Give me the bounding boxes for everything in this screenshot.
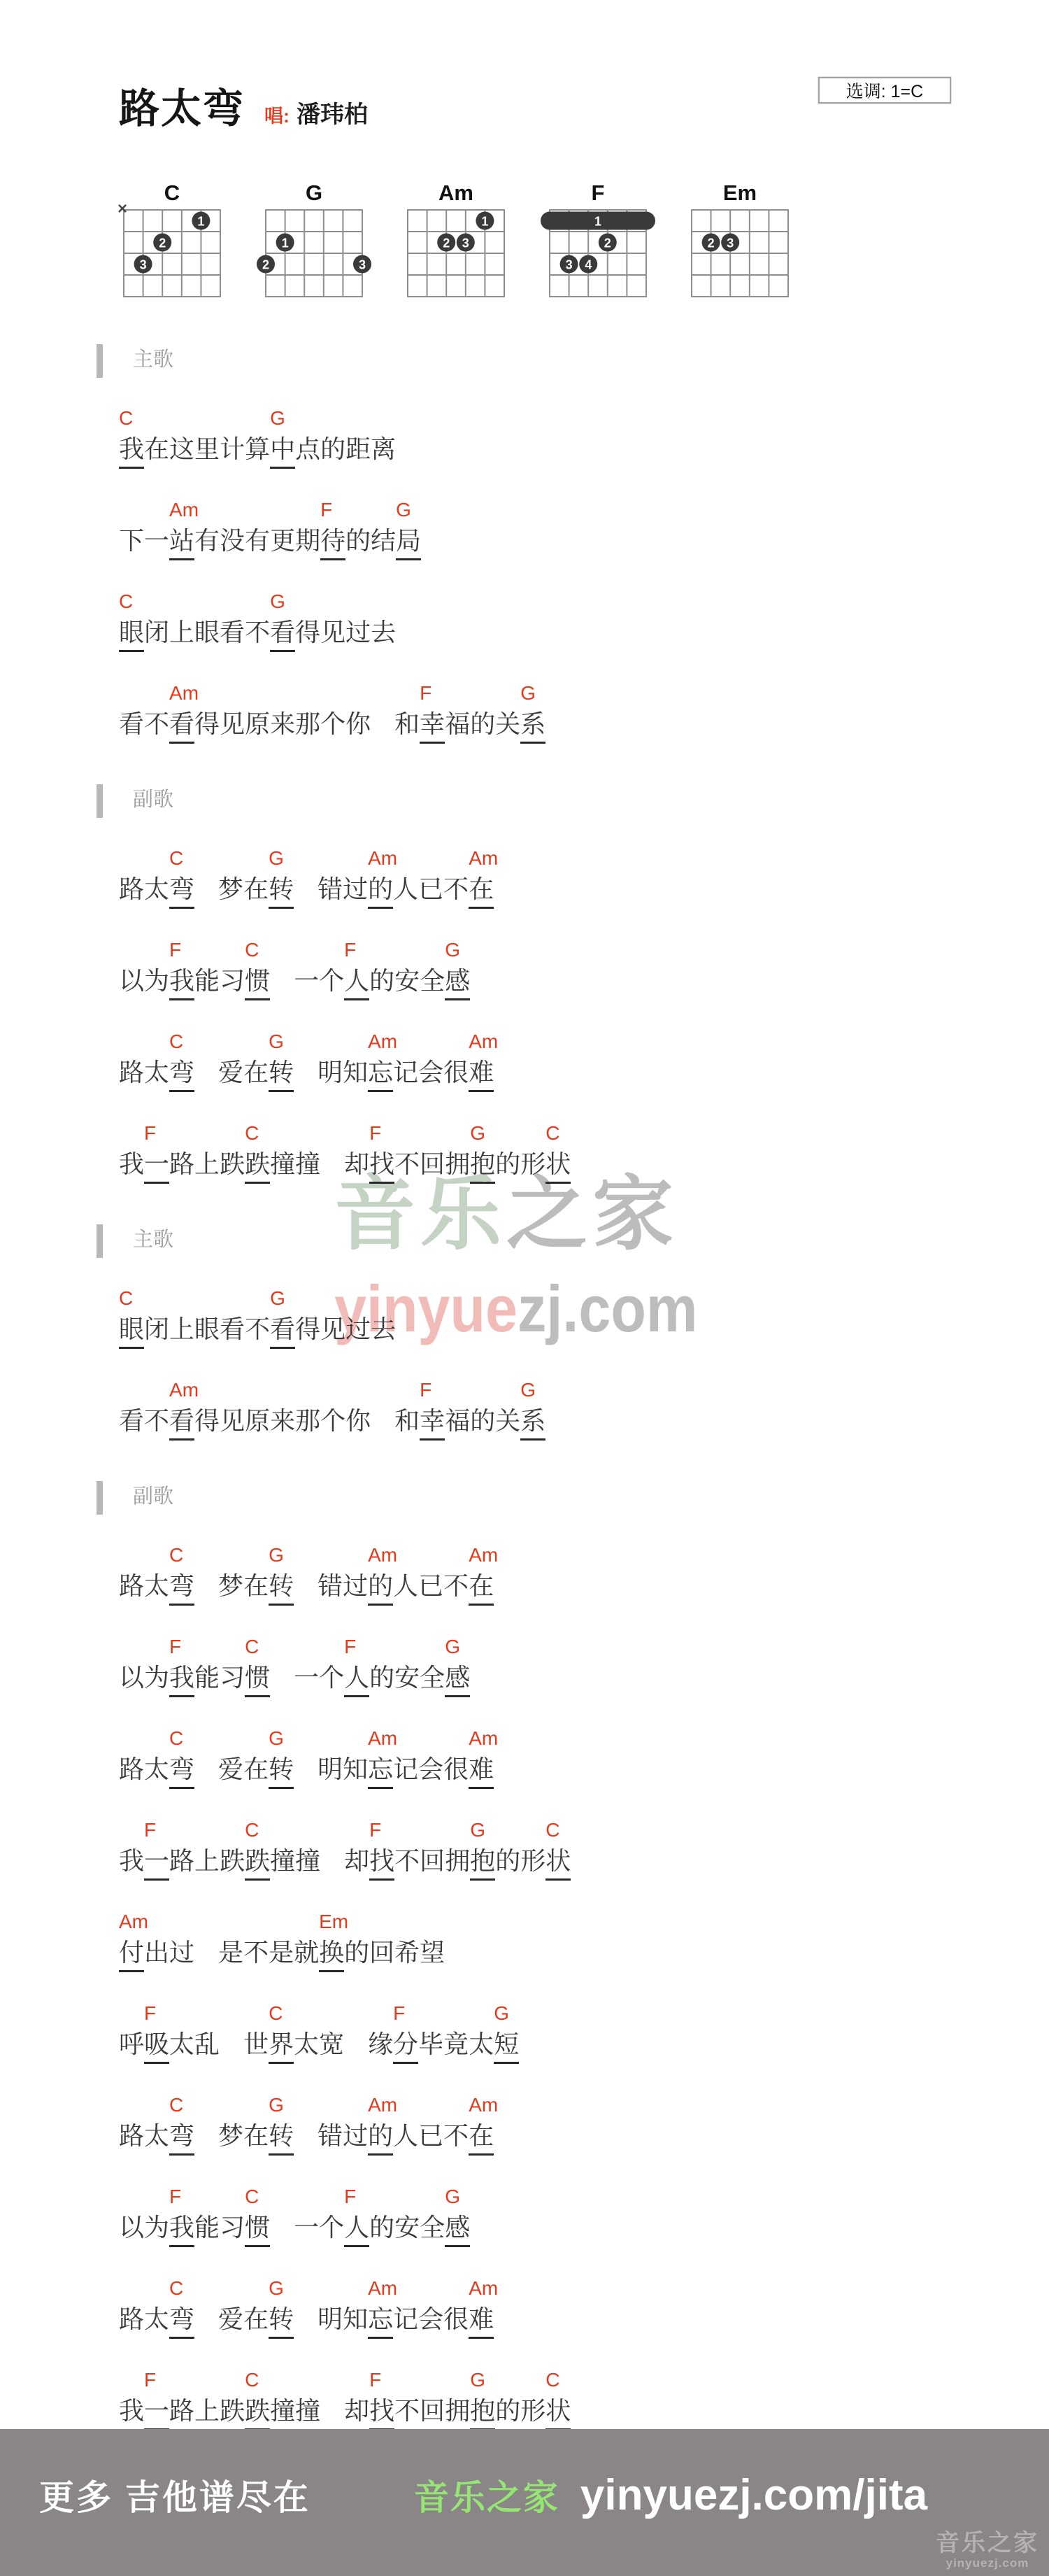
lyric-char: 为 [144,965,169,1000]
lyric-char: 下 [119,525,144,560]
lyric-char: 知 [343,2304,368,2339]
lyric-char: 在 [243,1571,269,1606]
lyric-char: 一F [144,2395,169,2430]
lyric-char: 中G [270,434,295,469]
lyric-char: 付Am [119,1937,144,1972]
lyric-char: 太 [144,1754,169,1789]
svg-text:3: 3 [140,258,147,272]
svg-text:1: 1 [282,236,289,250]
lyric-char: 点 [295,434,320,469]
lyric-line: 以为我F能习惯C 一个人F的安全感G [119,2186,965,2246]
lyric-text: 路太弯C 爱在转G 明知忘Am记会很难Am [119,1754,494,1789]
lyric-char [194,1937,218,1972]
chord-label: C [245,1636,259,1658]
lyric-char [294,2121,317,2156]
lyric-char: 期 [295,525,320,560]
chord-label: F [320,499,332,521]
lyric-char: 撞 [295,1149,320,1184]
lyric-char: 拥 [445,2395,470,2430]
lyric-char: 的 [345,525,371,560]
chord-label: Am [368,2277,397,2300]
lyric-char: 状C [545,2395,571,2430]
lyric-line: 路太弯C 爱在转G 明知忘Am记会很难Am [119,1727,965,1788]
lyric-char: 以 [119,1662,144,1697]
lyric-char: 看 [119,1406,144,1441]
lyric-char: 人 [393,874,418,909]
lyric-char: 在 [243,1754,269,1789]
chord-diagram-name: Em [691,181,789,208]
lyric-char: 原 [245,1406,270,1441]
chord-label: C [269,2002,283,2025]
lyric-char [270,965,294,1000]
lyric-char: 错 [317,874,343,909]
lyric-char [294,1571,317,1606]
lyric-char: 上 [194,2395,220,2430]
lyric-char: 找F [369,2395,394,2430]
footer-text: 更多 吉他谱尽在 音乐之家 yinyuezj.com/jita [39,2470,927,2520]
section-label: 主歌 [133,1226,173,1254]
chord-label: C [245,2186,259,2208]
chord-label: Am [469,2094,498,2116]
lyric-char: 抱G [470,2395,495,2430]
lyric-char: 撞 [270,1149,295,1184]
lyric-line: 路太弯C 梦在转G 错过的Am人已不在Am [119,2094,965,2154]
lyric-char: 计 [220,434,245,469]
key-select-box[interactable]: 选调: 1=C [818,77,951,104]
chord-label: G [445,939,460,961]
lyric-char: 去 [371,1314,396,1349]
svg-text:1: 1 [481,215,488,229]
lyric-text: 路太弯C 爱在转G 明知忘Am记会很难Am [119,1057,494,1092]
lyric-line: 我一F路上跌跌C撞撞 却找F不回拥抱G的形状C [119,1122,965,1182]
chord-diagram-Em: Em23 [691,181,789,302]
chord-label: F [420,682,431,705]
lyric-char: 没 [220,525,245,560]
lyric-char: 惯C [245,1662,270,1697]
chord-label: Am [368,2094,397,2116]
lyric-char: 个 [319,965,344,1000]
lyric-char: 转G [269,2304,294,2339]
lyric-char: 我C [119,434,144,469]
lyric-char: 幸F [420,1406,445,1441]
chord-label: C [119,407,133,430]
lyric-line: 下一站Am有没有更期待F的结局G [119,499,965,559]
lyric-text: 付Am出过 是不是就换Em的回希望 [119,1937,445,1972]
lyric-line: 路太弯C 梦在转G 错过的Am人已不在Am [119,847,965,907]
lyric-char: 呼 [119,2029,144,2064]
footer-corner-logo: 音乐之家 yinyuezj.com [936,2530,1039,2570]
lyric-char: 路 [119,1571,144,1606]
lyric-char: 跌 [220,1149,245,1184]
chord-label: G [396,499,411,521]
lyric-char: 爱 [218,1057,243,1092]
section-header: 副歌 [119,786,965,814]
chord-label: C [245,1122,259,1145]
section-marker-bar [97,1224,103,1258]
lyric-char: 在 [243,2121,269,2156]
lyric-char: 的Am [368,874,393,909]
lyric-char: 你 [345,709,371,744]
lyric-char: 却 [344,1149,369,1184]
lyric-char: 回 [420,2395,445,2430]
lyric-char: 安 [394,965,420,1000]
lyric-char: 和 [394,709,420,744]
lyric-line: 我一F路上跌跌C撞撞 却找F不回拥抱G的形状C [119,2369,965,2429]
lyric-text: 我C在这里计算中G点的距离 [119,434,396,469]
chord-diagram-C: C×123 [123,181,221,302]
chord-label: G [470,1122,485,1145]
lyric-char: 记 [393,1057,418,1092]
svg-text:×: × [117,199,127,218]
section-marker-bar [97,344,103,378]
chord-label: G [445,1636,460,1658]
lyric-char: 人F [344,2212,369,2247]
section-header: 主歌 [119,346,965,374]
lyric-char: 明 [317,1057,343,1092]
lyric-char: 眼C [119,617,144,652]
chord-label: Am [169,682,199,705]
footer-bar: 更多 吉他谱尽在 音乐之家 yinyuezj.com/jita 音乐之家 yin… [0,2429,1049,2576]
lyric-char: 上 [169,1314,194,1349]
lyric-char: 难Am [469,2304,494,2339]
svg-text:3: 3 [462,236,469,250]
lyric-text: 以为我F能习惯C 一个人F的安全感G [119,2212,470,2247]
lyric-char: 福 [445,1406,470,1441]
lyric-char: 缘 [368,2029,393,2064]
lyric-line: 看不看Am得见原来那个你 和幸F福的关系G [119,1379,965,1439]
chord-label: F [393,2002,405,2025]
chord-label: C [169,1031,183,1053]
footer-site-link[interactable]: yinyuezj.com/jita [580,2470,927,2520]
chord-label: F [369,2369,381,2391]
svg-text:2: 2 [262,258,269,272]
svg-text:3: 3 [359,258,366,272]
lyric-line: 路太弯C 爱在转G 明知忘Am记会很难Am [119,1031,965,1091]
lyric-char: 跌C [245,2395,270,2430]
lyric-char: 个 [319,1662,344,1697]
lyric-char: 转G [269,1571,294,1606]
chord-label: F [420,1379,431,1401]
footer-more-text: 更多 吉他谱尽在 [39,2470,311,2520]
lyric-char: 惯C [245,965,270,1000]
lyric-char: 人F [344,965,369,1000]
lyric-char [320,1149,344,1184]
chord-grid: 123 [265,208,363,302]
svg-text:3: 3 [566,258,573,272]
chord-label: C [245,939,259,961]
lyric-text: 下一站Am有没有更期待F的结局G [119,525,421,560]
chord-label: F [169,1636,181,1658]
lyric-line: 付Am出过 是不是就换Em的回希望 [119,1911,965,1971]
lyric-char: 难Am [469,1754,494,1789]
lyric-char: 撞 [270,1846,295,1881]
lyric-char: 个 [319,2212,344,2247]
lyric-char: 弯C [169,874,194,909]
lyric-char: 结 [371,525,396,560]
lyric-char: 见 [320,1314,345,1349]
lyric-char: 不 [245,1314,270,1349]
chord-label: C [545,1819,559,1841]
lyric-char: 习 [220,965,245,1000]
song-body: 主歌我C在这里计算中G点的距离下一站Am有没有更期待F的结局G眼C闭上眼看不看G… [119,346,965,2429]
chord-label: F [344,939,356,961]
lyric-char: 明 [317,1754,343,1789]
lyric-char: 看 [220,617,245,652]
lyric-char: 路 [169,1846,194,1881]
chord-grid: 23 [691,208,789,302]
lyric-char: 不 [144,709,169,744]
svg-text:4: 4 [585,258,592,272]
lyric-char: 太 [169,2029,194,2064]
lyric-char: 离 [371,434,396,469]
lyric-char: 弯C [169,1754,194,1789]
lyric-char: 拥 [445,1149,470,1184]
chord-label: Am [469,1727,498,1750]
lyric-char: 在Am [469,2121,494,2156]
lyric-char: 转G [269,2121,294,2156]
chord-grid: ×123 [123,208,221,302]
lyric-char: 会 [418,1754,443,1789]
chord-label: C [245,1819,259,1841]
lyric-char: 系G [520,1406,545,1441]
lyric-char: 撞 [295,1846,320,1881]
lyric-char: 毕 [418,2029,443,2064]
chord-grid: 1234 [549,208,647,302]
lyric-char: 我 [119,1846,144,1881]
lyric-char: 个 [320,1406,345,1441]
chord-label: F [169,2186,181,2208]
chord-label: C [245,2369,259,2391]
lyric-char: 过 [343,1571,368,1606]
lyric-char: 很 [443,2304,469,2339]
lyric-char: 回 [420,1149,445,1184]
lyric-char: 人 [393,1571,418,1606]
lyric-char: 路 [119,1754,144,1789]
lyric-char: 不 [443,1571,469,1606]
chord-label: F [344,2186,356,2208]
lyric-char: 太 [144,1571,169,1606]
lyric-char: 在Am [469,874,494,909]
lyric-char: 在Am [469,1571,494,1606]
lyric-char: 见 [220,709,245,744]
lyric-char: 安 [394,1662,420,1697]
lyric-char: 有 [194,525,220,560]
chord-label: Am [169,499,199,521]
lyric-char: 太 [144,874,169,909]
lyric-char [194,874,218,909]
lyric-char: 拥 [445,1846,470,1881]
footer-corner-logo-url: yinyuezj.com [936,2556,1039,2570]
lyric-char: 过 [343,874,368,909]
lyric-char: 我F [169,1662,194,1697]
lyric-text: 看不看Am得见原来那个你 和幸F福的关系G [119,709,545,744]
lyric-char: 过 [345,617,371,652]
lyric-char [194,2121,218,2156]
svg-text:2: 2 [159,236,166,250]
lyric-char [220,2029,243,2064]
chord-label: G [269,1727,284,1750]
lyric-char [194,1571,218,1606]
lyric-char: 路 [169,1149,194,1184]
lyric-char: 一 [144,525,169,560]
section-label: 主歌 [133,346,173,374]
lyric-char: 人F [344,1662,369,1697]
chord-label: G [269,1031,284,1053]
svg-text:1: 1 [594,215,601,229]
lyric-char: 不 [394,1149,420,1184]
lyric-char: 看Am [169,709,194,744]
section-header: 副歌 [119,1482,965,1510]
chord-diagram-name: C [123,181,221,208]
svg-text:1: 1 [197,215,204,229]
lyric-char: 在 [144,434,169,469]
lyric-char: 是 [218,1937,243,1972]
lyric-char [294,874,317,909]
lyric-text: 我一F路上跌跌C撞撞 却找F不回拥抱G的形状C [119,1149,571,1184]
lyric-char: 太 [294,2029,319,2064]
lyric-char: 看G [270,617,295,652]
lyric-char: 关 [495,709,520,744]
chord-label: C [545,1122,559,1145]
lyric-char: 的 [344,1937,369,1972]
lyric-text: 路太弯C 爱在转G 明知忘Am记会很难Am [119,2304,494,2339]
lyric-char: 乱 [194,2029,220,2064]
lyric-char: 得 [194,1406,220,1441]
lyric-char: 得 [295,617,320,652]
chord-label: C [545,2369,559,2391]
lyric-char: 过 [343,2121,368,2156]
svg-text:3: 3 [727,236,734,250]
lyric-char: 见 [320,617,345,652]
lyric-char [194,2304,218,2339]
lyric-char: 记 [393,2304,418,2339]
chord-label: G [270,590,285,613]
lyric-char: 忘Am [368,1754,393,1789]
lyric-char: 分F [393,2029,418,2064]
lyric-char: 上 [194,1149,220,1184]
lyric-char [194,1057,218,1092]
lyric-char: 的 [470,1406,495,1441]
lyric-char: 撞 [270,2395,295,2430]
lyric-char: 距 [345,434,371,469]
lyric-line: 路太弯C 梦在转G 错过的Am人已不在Am [119,1544,965,1604]
chord-label: G [269,847,284,870]
lyric-char: 的 [495,1846,520,1881]
lyric-char [344,2029,368,2064]
lyric-char: 眼 [194,1314,220,1349]
lyric-char: 忘Am [368,1057,393,1092]
chord-label: F [169,939,181,961]
lyric-char: 弯C [169,2304,194,2339]
section-marker-bar [97,1481,103,1515]
chord-diagram-G: G123 [265,181,363,302]
section-label: 副歌 [133,1482,173,1510]
lyric-char: 的Am [368,1571,393,1606]
lyric-char: 抱G [470,1149,495,1184]
lyric-char: 以 [119,2212,144,2247]
lyric-char: 关 [495,1406,520,1441]
lyric-char: 你 [345,1406,371,1441]
lyric-char: 惯C [245,2212,270,2247]
lyric-char: 见 [220,1406,245,1441]
lyric-char: 上 [169,617,194,652]
lyric-char: 的 [495,2395,520,2430]
lyric-char: 系G [520,709,545,744]
lyric-char: 弯C [169,1057,194,1092]
section-header: 主歌 [119,1226,965,1254]
lyric-char: 一 [294,2212,319,2247]
lyric-char: 的 [495,1149,520,1184]
lyric-char: 太 [469,2029,494,2064]
lyric-char: 全 [420,1662,445,1697]
lyric-char: 习 [220,2212,245,2247]
lyric-char: 一F [144,1846,169,1881]
chord-diagram-F: F1234 [549,181,647,302]
lyric-char: 明 [317,2304,343,2339]
chord-label: F [344,1636,356,1658]
chord-diagram-name: F [549,181,647,208]
lyric-char: 的 [369,2212,394,2247]
lyric-char: 梦 [218,2121,243,2156]
chord-label: G [470,1819,485,1841]
lyric-char: 和 [394,1406,420,1441]
lyric-char: 抱G [470,1846,495,1881]
lyric-char: 上 [194,1846,220,1881]
lyric-char: 转G [269,1057,294,1092]
lyric-char: 我F [169,2212,194,2247]
chord-label: G [470,2369,485,2391]
lyric-char: 感G [445,965,470,1000]
chord-label: G [520,682,536,705]
chord-label: G [494,2002,509,2025]
lyric-line: 以为我F能习惯C 一个人F的安全感G [119,1636,965,1696]
lyric-char: 能 [194,1662,220,1697]
lyric-char: 状C [545,1846,571,1881]
lyric-char: 形 [520,1149,545,1184]
lyric-char: 出 [144,1937,169,1972]
lyric-char: 路 [119,874,144,909]
lyric-char: 那 [295,709,320,744]
lyric-char: 得 [295,1314,320,1349]
lyric-char: 界C [269,2029,294,2064]
lyric-line: 我C在这里计算中G点的距离 [119,407,965,467]
lyric-char: 过 [169,1937,194,1972]
lyric-char: 的 [369,965,394,1000]
lyric-char: 转G [269,1754,294,1789]
chord-label: Am [368,1727,397,1750]
lyric-char: 爱 [218,2304,243,2339]
lyric-char: 知 [343,1754,368,1789]
lyric-char: 形 [520,1846,545,1881]
lyric-text: 路太弯C 梦在转G 错过的Am人已不在Am [119,874,494,909]
chord-label: G [270,407,285,430]
chord-label: G [269,1544,284,1566]
footer-corner-logo-cn: 音乐之家 [936,2530,1039,2556]
svg-text:2: 2 [443,236,450,250]
lyric-text: 我一F路上跌跌C撞撞 却找F不回拥抱G的形状C [119,1846,571,1881]
lyric-char [294,1754,317,1789]
lyric-char: 已 [418,2121,443,2156]
chord-label: Am [469,1031,498,1053]
lyric-char: 更 [270,525,295,560]
lyric-char [270,1662,294,1697]
lyric-char: 短G [494,2029,519,2064]
lyric-char: 待F [320,525,345,560]
lyric-char [294,1057,317,1092]
lyric-char: 闭 [144,617,169,652]
lyric-char: 太 [144,1057,169,1092]
lyric-char: 希 [394,1937,420,1972]
